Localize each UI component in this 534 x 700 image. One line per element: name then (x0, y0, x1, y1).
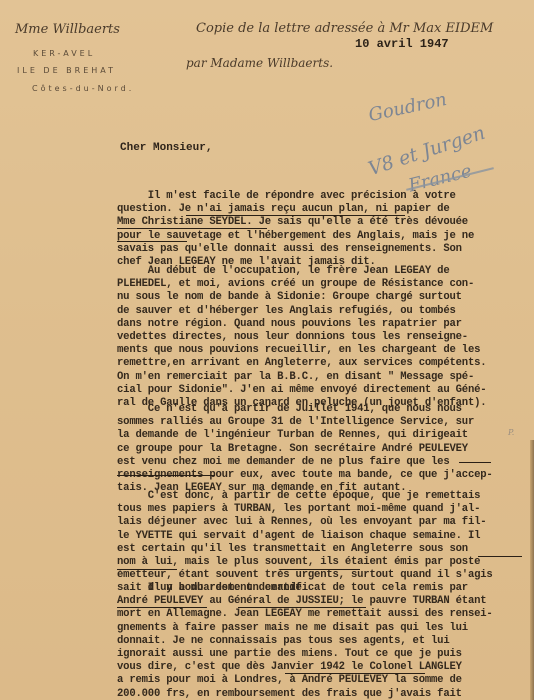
underline-mark (238, 607, 366, 608)
underline-mark (117, 607, 207, 608)
margin-note: P. (508, 428, 514, 437)
underline-mark (280, 569, 360, 570)
letter-date: 10 avril 1947 (355, 37, 449, 51)
underline-mark (478, 556, 522, 557)
sender-name: Mme Willbaerts (15, 22, 120, 37)
copy-title-note: Copie de la lettre adressée à Mr Max EID… (196, 21, 493, 36)
underline-mark (117, 241, 187, 242)
underline-mark (117, 569, 177, 570)
underline-mark (459, 462, 491, 463)
underline-mark (186, 215, 405, 216)
sender-address-line2: ILE DE BREHAT (17, 66, 116, 75)
letter-salutation: Cher Monsieur, (120, 142, 212, 154)
underline-mark (117, 228, 267, 229)
letter-paragraph-3: Ce n'est qu'à partir de Juillet 1941, qu… (117, 403, 534, 495)
letter-paragraph-2: Au début de l'occupation, le frère Jean … (117, 265, 534, 410)
letter-paragraph-4: C'est donc, à partir de cette époque, qu… (117, 490, 534, 596)
sender-address-line1: KER-AVEL (33, 49, 95, 58)
underline-mark (117, 475, 215, 476)
pencil-annotation-1: Goudron (367, 89, 449, 126)
letter-paragraph-1: Il m'est facile de répondre avec précisi… (117, 190, 534, 269)
letter-paragraph-5: Il y a du reste un certificat de tout ce… (117, 582, 534, 700)
sender-address-line3: Côtes-du-Nord. (32, 84, 134, 93)
underline-mark (285, 673, 425, 674)
copy-byline-note: par Madame Willbaerts. (186, 56, 333, 70)
scanned-letter-page: Mme Willbaerts KER-AVEL ILE DE BREHAT Cô… (0, 0, 534, 700)
page-edge-shadow (530, 440, 534, 700)
